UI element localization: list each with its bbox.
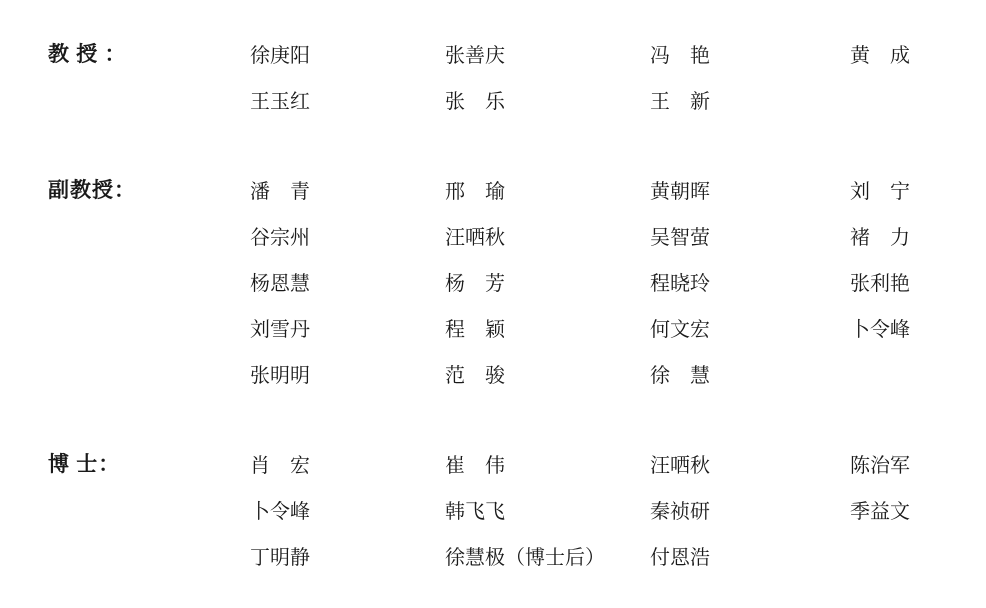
- faculty-name: 杨 芳: [445, 267, 650, 296]
- faculty-name: 肖 宏: [250, 449, 445, 478]
- faculty-name: 范 骏: [445, 359, 650, 388]
- section-label: 教 授 ：: [0, 38, 250, 68]
- faculty-name: 吴智萤: [650, 221, 850, 250]
- faculty-name: 王 新: [650, 85, 850, 114]
- faculty-name: 张利艳: [850, 267, 986, 296]
- faculty-row: 张明明范 骏徐 慧: [0, 350, 986, 396]
- faculty-row: 卜令峰韩飞飞秦祯研季益文: [0, 486, 986, 532]
- faculty-row: 副教授：潘 青邢 瑜黄朝晖刘 宁: [0, 166, 986, 212]
- section-gap: [0, 396, 986, 440]
- faculty-row: 杨恩慧杨 芳程晓玲张利艳: [0, 258, 986, 304]
- faculty-name: 刘 宁: [850, 175, 986, 204]
- section-label: 博 士：: [0, 448, 250, 478]
- faculty-name: 汪哂秋: [445, 221, 650, 250]
- faculty-name: 程晓玲: [650, 267, 850, 296]
- section-label: 副教授：: [0, 174, 250, 204]
- faculty-name: 谷宗州: [250, 221, 445, 250]
- faculty-name: 褚 力: [850, 221, 986, 250]
- faculty-name: 张善庆: [445, 39, 650, 68]
- faculty-name: 季益文: [850, 495, 986, 524]
- faculty-name: 潘 青: [250, 175, 445, 204]
- faculty-name: 卜令峰: [250, 495, 445, 524]
- faculty-row: 王玉红张 乐王 新: [0, 76, 986, 122]
- faculty-name: 徐慧极（博士后）: [445, 541, 650, 570]
- faculty-name: 邢 瑜: [445, 175, 650, 204]
- faculty-name: 韩飞飞: [445, 495, 650, 524]
- faculty-name: 王玉红: [250, 85, 445, 114]
- faculty-row: 刘雪丹程 颖何文宏卜令峰: [0, 304, 986, 350]
- faculty-name: 陈治军: [850, 449, 986, 478]
- faculty-list-document: 教 授 ：徐庚阳张善庆冯 艳黄 成王玉红张 乐王 新副教授：潘 青邢 瑜黄朝晖刘…: [0, 0, 986, 608]
- faculty-row: 教 授 ：徐庚阳张善庆冯 艳黄 成: [0, 30, 986, 76]
- faculty-name: 崔 伟: [445, 449, 650, 478]
- faculty-name: 卜令峰: [850, 313, 986, 342]
- faculty-row: 丁明静徐慧极（博士后）付恩浩: [0, 532, 986, 578]
- faculty-row: 谷宗州汪哂秋吴智萤褚 力: [0, 212, 986, 258]
- faculty-row: 博 士：肖 宏崔 伟汪哂秋陈治军: [0, 440, 986, 486]
- faculty-sections: 教 授 ：徐庚阳张善庆冯 艳黄 成王玉红张 乐王 新副教授：潘 青邢 瑜黄朝晖刘…: [0, 30, 986, 578]
- faculty-name: 何文宏: [650, 313, 850, 342]
- faculty-name: 程 颖: [445, 313, 650, 342]
- faculty-name: 徐庚阳: [250, 39, 445, 68]
- faculty-name: 杨恩慧: [250, 267, 445, 296]
- faculty-name: 秦祯研: [650, 495, 850, 524]
- faculty-name: 丁明静: [250, 541, 445, 570]
- faculty-name: 徐 慧: [650, 359, 850, 388]
- faculty-name: 黄 成: [850, 39, 986, 68]
- faculty-name: 刘雪丹: [250, 313, 445, 342]
- section-gap: [0, 122, 986, 166]
- faculty-name: 张明明: [250, 359, 445, 388]
- faculty-name: 汪哂秋: [650, 449, 850, 478]
- faculty-name: 张 乐: [445, 85, 650, 114]
- faculty-name: 付恩浩: [650, 541, 850, 570]
- faculty-name: 冯 艳: [650, 39, 850, 68]
- faculty-name: 黄朝晖: [650, 175, 850, 204]
